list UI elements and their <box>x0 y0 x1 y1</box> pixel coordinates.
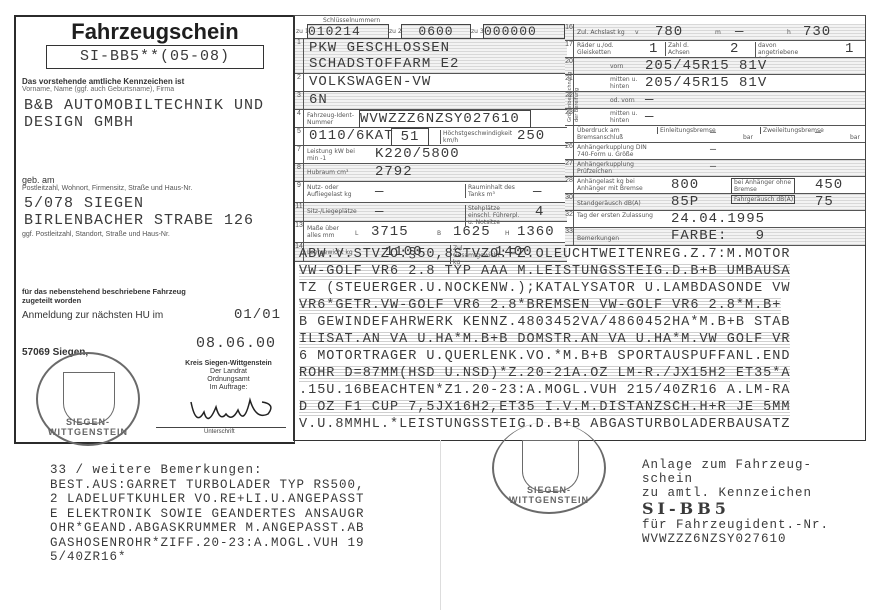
axle-panel: 16 Zul. Achslast kg v 780 m — h 730 17 R… <box>565 15 866 246</box>
row-33-remarks: 33 Bemerkungen FARBE: 9 <box>565 228 865 246</box>
remark-line: ROHR D=87MM(HSD U.NSD)*Z.20-21A.OZ LM-R.… <box>299 366 790 382</box>
row-30-noise: 30 Standgeräusch dB(A) 85P Fahrgeräusch … <box>565 194 865 211</box>
holder-panel: Fahrzeugschein SI-BB5**(05-08) Das vorst… <box>14 15 295 444</box>
further-remark-line: 2 LADELUFTKUHLER VO.RE+LI.U.ANGEPASST <box>50 492 365 506</box>
remark-line: 6 MOTORTRAGER U.QUERLENK.VO.*M.B+B SPORT… <box>299 349 790 365</box>
power-value: K220/5800 <box>375 146 460 162</box>
authority-name: Kreis Siegen-Wittgenstein <box>166 360 291 368</box>
row-1-type: 1 PKW GESCHLOSSEN SCHADSTOFFARM E2 <box>295 39 567 74</box>
issue-date: 08.06.00 <box>196 335 276 352</box>
row-8-displacement: 8 Hubraum cm³ 2792 <box>295 164 567 182</box>
row-24-brakes: Überdruck am Bremsanschluß Einleitungsbr… <box>565 126 865 143</box>
row-20-tyre-front: 20 vorn 205/45R15 81V <box>565 58 865 75</box>
location-label: ggf. Postleitzahl, Standort, Straße und … <box>22 231 170 238</box>
trailer-braked-value: 800 <box>671 177 699 193</box>
hu-value: 01/01 <box>234 307 281 323</box>
further-remark-line: OHR*GEAND.ABGASKRUMMER M.ANGEPASST.AB <box>50 521 365 535</box>
signature <box>186 392 286 432</box>
standing-noise-value: 85P <box>671 194 699 210</box>
max-speed-value: 250 <box>517 128 545 144</box>
width-value: 1625 <box>453 224 491 240</box>
key-3-value: 000000 <box>483 24 565 39</box>
document-title: Fahrzeugschein <box>16 19 294 45</box>
official-stamp-icon: SIEGEN-WITTGENSTEIN <box>492 422 606 514</box>
holder-name-line-1: B&B AUTOMOBILTECHNIK UND <box>24 97 264 114</box>
driving-noise-value: 75 <box>815 194 834 210</box>
row-27-coupling-test: 27 Anhängerkupplung Prüfzeichen — <box>565 160 865 177</box>
holder-sublabel: Vorname, Name (ggf. auch Geburtsname), F… <box>22 86 174 93</box>
remark-line: VR6*GETR.VW-GOLF VR6 2.8*BREMSEN VW-GOLF… <box>299 298 781 314</box>
vin-value: WVWZZZ6NZSY027610 <box>359 110 531 128</box>
attachment-header: Anlage zum Fahrzeug- schein zu amtl. Ken… <box>642 458 872 546</box>
attachment-vin: WVWZZZ6NZSY027610 <box>642 532 872 546</box>
remark-line: ABW.V.STVZO:§50,8STVZO:FZ.OLEUCHTWEITENR… <box>299 247 790 263</box>
further-remark-line: BEST.AUS:GARRET TURBOLADER TYP RS500, <box>50 478 365 492</box>
authority-line-4: Im Auftrage: <box>166 384 291 392</box>
authority-line-3: Ordnungsamt <box>166 376 291 384</box>
row-7-power: 7 Leistung kW bei min -1 K220/5800 <box>295 146 567 164</box>
tyre-rear-value: 205/45R15 81V <box>645 75 767 91</box>
holder-label: Das vorstehende amtliche Kennzeichen ist <box>22 77 184 86</box>
holder-name-line-2: DESIGN GMBH <box>24 114 134 131</box>
authority-block: Kreis Siegen-Wittgenstein Der Landrat Or… <box>166 360 291 392</box>
remarks-block: ABW.V.STVZO:§50,8STVZO:FZ.OLEUCHTWEITENR… <box>293 245 866 441</box>
official-stamp-icon: SIEGEN-WITTGENSTEIN <box>36 352 140 446</box>
row-22-tyre-alt-front: 22 od. vorn — <box>565 92 865 109</box>
remark-line: TZ (STEUERGER.U.NOCKENW.);KATALYSATOR U.… <box>299 281 790 297</box>
remark-line: ILISAT.AN VA U.HA*M.B+B DOMSTR.AN VA U.H… <box>299 332 790 348</box>
further-remark-line: E ELEKTRONIK SOWIE GEANDERTES ANSAUGR <box>50 507 365 521</box>
row-32-first-registration: 32 Tag der ersten Zulassung 24.04.1995 <box>565 211 865 228</box>
displacement-value: 2792 <box>375 164 413 180</box>
further-remark-line: GASHOSENROHR*ZIFF.20-23:A.MOGL.VUH 19 <box>50 536 365 550</box>
key-1-value: 010214 <box>307 24 389 39</box>
further-remark-line: 5/40ZR16* <box>50 550 127 564</box>
authority-line-2: Der Landrat <box>166 368 291 376</box>
row-2-manufacturer: 2 VOLKSWAGEN-VW <box>295 74 567 92</box>
row-17-wheels: 17 Räder u./od. Gleisketten 1 Zahl d. Ac… <box>565 41 865 58</box>
row-23-tyre-alt-rear: 23 mitten u. hinten — <box>565 109 865 126</box>
tyres-group-label: Größenbezeichnung der Bereifung <box>567 62 581 122</box>
remark-line: D OZ F1 CUP 7,5JX16H2,ET35 I.V.M.DISTANZ… <box>299 400 790 416</box>
row-26-coupling: 26 Anhängerkupplung DIN 740-Form u. Größ… <box>565 143 865 160</box>
remark-line: B GEWINDEFAHRWERK KENNZ.4803452VA/486045… <box>299 315 790 331</box>
attachment-remarks: 33 / weitere Bemerkungen:BEST.AUS:GARRET… <box>50 463 440 603</box>
address-label: Postleitzahl, Wohnort, Firmensitz, Straß… <box>22 185 192 192</box>
remark-line: VW-GOLF VR6 2.8 TYP AAA M.LEISTUNGSSTEIG… <box>299 264 790 280</box>
birth-label: geb. am <box>22 175 55 185</box>
further-remarks-heading: 33 / weitere Bemerkungen: <box>50 463 263 477</box>
length-value: 3715 <box>371 224 409 240</box>
hu-label: Anmeldung zur nächsten HU im <box>22 310 163 321</box>
first-registration-value: 24.04.1995 <box>671 211 765 227</box>
color-value: FARBE: 9 <box>671 228 765 244</box>
row-4-vin: 4 Fahrzeug-Ident-Nummer WVWZZZ6NZSY02761… <box>295 110 567 128</box>
remark-line: .15U.16BEACHTEN*Z1.20-23:A.MOGL.VUH 215/… <box>299 383 790 399</box>
assigned-label-2: zugeteilt worden <box>22 296 81 305</box>
row-16-axle-load: 16 Zul. Achslast kg v 780 m — h 730 <box>565 24 865 41</box>
signature-label: Unterschrift <box>204 429 235 435</box>
key-2-value: 0600 <box>401 24 471 39</box>
row-5: 5 0110/6KAT 51 Höchstgeschwindigkeit km/… <box>295 128 567 146</box>
address-line-2: BIRLENBACHER STRABE 126 <box>24 212 254 229</box>
address-line-1: 5/078 SIEGEN <box>24 195 144 212</box>
row-11-seats: 11 Sitz-/Liegeplätze — Stehplätze einsch… <box>295 203 567 222</box>
attachment-plate: SI-BB5 <box>642 500 872 518</box>
height-value: 1360 <box>517 224 555 240</box>
row-13-dimensions: 13 Maße über alles mm L 3715 B 1625 H 13… <box>295 222 567 243</box>
assigned-label-1: für das nebenstehend beschriebene Fahrze… <box>22 287 186 296</box>
row-21-tyre-rear: 21 mitten u. hinten 205/45R15 81V <box>565 75 865 92</box>
key-row: zu 1 010214 zu 2 0600 zu 3 000000 <box>295 24 567 39</box>
tyre-front-value: 205/45R15 81V <box>645 58 767 74</box>
row-3-model: 3 6N <box>295 92 567 110</box>
key-label: Schlüsselnummern <box>323 17 380 24</box>
row-28-trailer: 28 Anhängelast kg bei Anhänger mit Brems… <box>565 177 865 194</box>
row-9-payload: 9 Nutz- oder Aufliegelast kg — Rauminhal… <box>295 182 567 203</box>
trailer-unbraked-value: 450 <box>815 177 843 193</box>
plate-number: SI-BB5**(05-08) <box>46 45 264 69</box>
